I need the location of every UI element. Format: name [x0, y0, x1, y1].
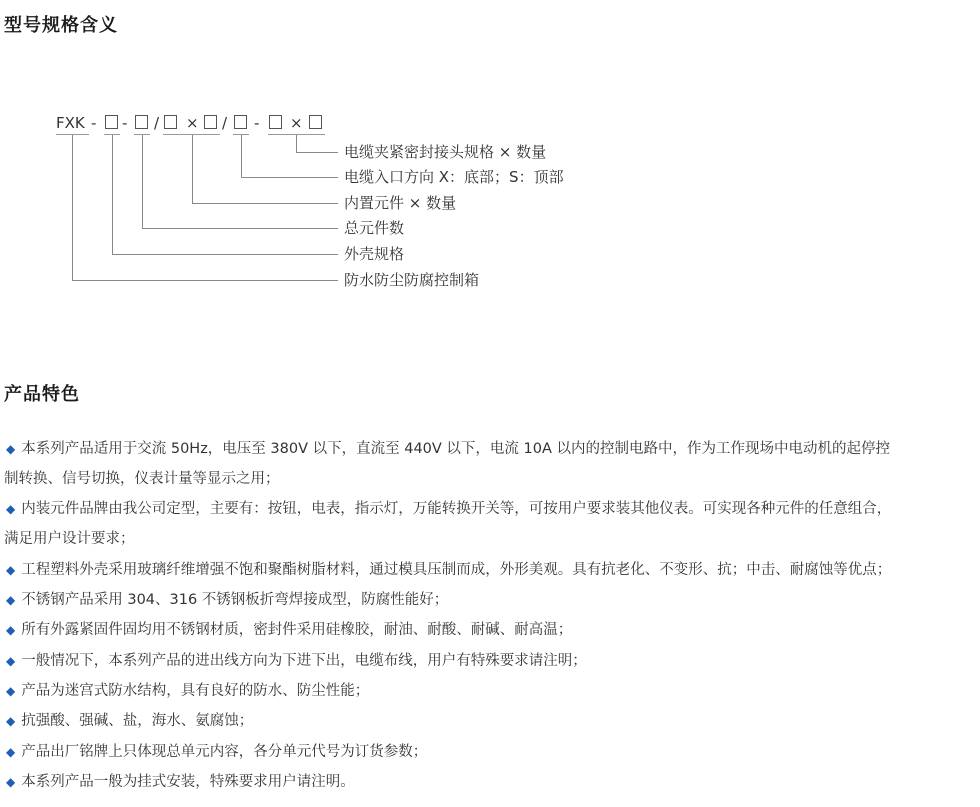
diamond-bullet-icon: ◆ — [6, 621, 15, 639]
model-spec-title: 型号规格含义 — [4, 11, 118, 37]
code-slash: / — [222, 114, 227, 132]
connector — [296, 135, 297, 152]
diamond-bullet-icon: ◆ — [6, 440, 15, 458]
code-box-6 — [269, 114, 282, 132]
connector — [241, 135, 242, 177]
feature-item-continuation: 满足用户设计要求； — [4, 530, 135, 548]
diamond-bullet-icon: ◆ — [6, 500, 15, 518]
code-box-1 — [105, 114, 118, 132]
diamond-bullet-icon: ◆ — [6, 591, 15, 609]
connector — [112, 135, 113, 254]
code-dash: - — [122, 114, 127, 132]
diagram-label-enclosure-spec: 外壳规格 — [344, 245, 404, 263]
feature-item: ◆不锈钢产品采用 304、316 不锈钢板折弯焊接成型，防腐性能好； — [6, 591, 448, 609]
diamond-bullet-icon: ◆ — [6, 561, 15, 579]
code-box-3 — [164, 114, 177, 132]
feature-item: ◆工程塑料外壳采用玻璃纤维增强不饱和聚酯树脂材料，通过模具压制而成，外形美观。具… — [6, 561, 891, 579]
code-dash: - — [254, 114, 259, 132]
diamond-bullet-icon: ◆ — [6, 682, 15, 700]
feature-item: ◆内装元件品牌由我公司定型，主要有：按钮，电表，指示灯，万能转换开关等，可按用户… — [6, 500, 891, 518]
features-title: 产品特色 — [4, 380, 80, 406]
diagram-label-box-type: 防水防尘防腐控制箱 — [344, 271, 479, 289]
diagram-label-built-in-components: 内置元件 × 数量 — [344, 194, 456, 212]
feature-item: ◆所有外露紧固件固均用不锈钢材质，密封件采用硅橡胶，耐油、耐酸、耐碱、耐高温； — [6, 621, 572, 639]
feature-item: ◆产品出厂铭牌上只体现总单元内容，各分单元代号为订货参数； — [6, 743, 427, 761]
connector — [296, 152, 338, 153]
connector — [142, 135, 143, 228]
code-times: × — [186, 114, 199, 132]
diamond-bullet-icon: ◆ — [6, 712, 15, 730]
diamond-bullet-icon: ◆ — [6, 743, 15, 761]
diagram-label-cable-entry: 电缆入口方向 X：底部；S：顶部 — [344, 168, 564, 186]
connector — [112, 254, 338, 255]
code-box-2 — [135, 114, 148, 132]
code-times: × — [290, 114, 303, 132]
code-dash: - — [91, 114, 96, 132]
diamond-bullet-icon: ◆ — [6, 652, 15, 670]
code-box-7 — [309, 114, 322, 132]
code-box-5 — [234, 114, 247, 132]
connector — [192, 203, 338, 204]
code-prefix: FXK — [56, 114, 85, 132]
connector — [72, 135, 73, 280]
connector — [241, 177, 338, 178]
feature-item: ◆抗强酸、强碱、盐，海水、氨腐蚀； — [6, 712, 253, 730]
code-slash: / — [154, 114, 159, 132]
feature-item: ◆本系列产品一般为挂式安装，特殊要求用户请注明。 — [6, 773, 355, 791]
code-box-4 — [204, 114, 217, 132]
diagram-label-cable-gland: 电缆夹紧密封接头规格 × 数量 — [344, 143, 546, 161]
connector — [192, 135, 193, 203]
diamond-bullet-icon: ◆ — [6, 773, 15, 791]
connector — [142, 228, 338, 229]
feature-item: ◆产品为迷宫式防水结构，具有良好的防水、防尘性能； — [6, 682, 369, 700]
diagram-label-total-components: 总元件数 — [344, 219, 404, 237]
connector — [72, 280, 338, 281]
feature-item: ◆本系列产品适用于交流 50Hz，电压至 380V 以下，直流至 440V 以下… — [6, 440, 890, 458]
feature-item-continuation: 制转换、信号切换，仪表计量等显示之用； — [4, 470, 280, 488]
feature-item: ◆一般情况下，本系列产品的进出线方向为下进下出，电缆布线，用户有特殊要求请注明； — [6, 652, 587, 670]
